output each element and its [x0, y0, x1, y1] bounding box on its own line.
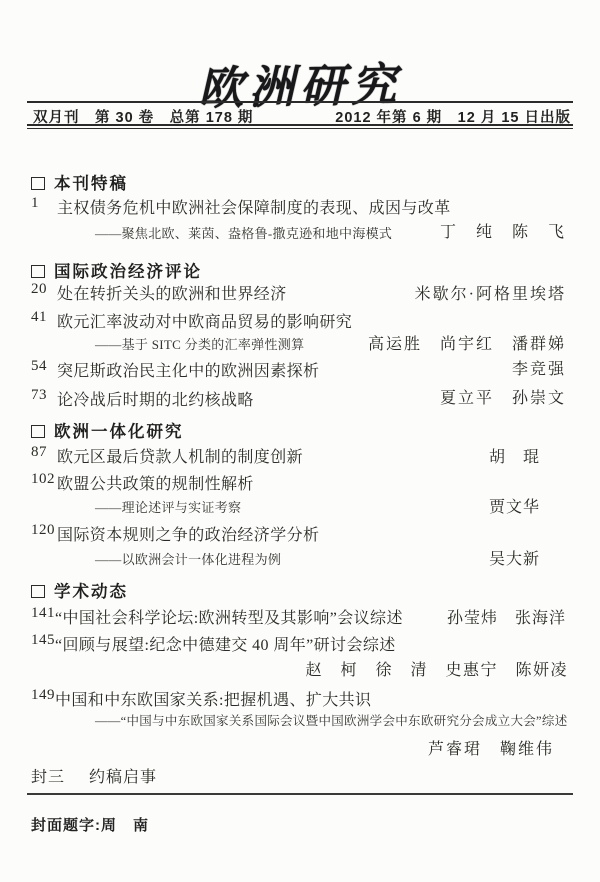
toc-subtitle-row: ——理论述评与实证考察 贾文华	[0, 497, 600, 521]
cover-credit-name: 周 南	[101, 817, 149, 834]
toc-subtitle-row: ——以欧洲会计一体化进程为例 吴大新	[0, 549, 600, 573]
section-header: 国际政治经济评论	[0, 258, 600, 282]
article-authors: 李竞强	[512, 356, 566, 379]
article-subtitle: ——“中国与中东欧国家关系国际会议暨中国欧洲学会中东欧研究分会成立大会”综述	[95, 711, 568, 729]
article-authors: 赵 柯 徐 清 史惠宁 陈妍凌	[305, 657, 568, 680]
toc-subtitle-row: ——聚焦北欧、莱茵、盎格鲁-撒克逊和地中海模式 丁 纯 陈 飞	[0, 223, 600, 247]
toc-subtitle-row: ——“中国与中东欧国家关系国际会议暨中国欧洲学会中东欧研究分会成立大会”综述	[0, 711, 600, 735]
issue-info-row: 双月刊 第 30 卷 总第 178 期 2012 年第 6 期 12 月 15 …	[27, 106, 573, 126]
toc-item-row: 73 论冷战后时期的北约核战略 夏立平 孙崇文	[0, 387, 600, 411]
back-cover-note-row: 封三约稿启事	[0, 764, 600, 788]
toc-item-row: 145 “回顾与展望:纪念中德建交 40 周年”研讨会综述	[0, 632, 600, 656]
article-authors: 夏立平 孙崇文	[440, 385, 566, 408]
page-number: 141	[31, 605, 55, 622]
article-title: 国际资本规则之争的政治经济学分析	[57, 522, 319, 545]
toc-authors-row: 赵 柯 徐 清 史惠宁 陈妍凌	[0, 657, 600, 681]
page-number: 20	[31, 281, 47, 298]
open-square-icon	[31, 177, 45, 190]
article-subtitle: ——以欧洲会计一体化进程为例	[95, 549, 281, 568]
open-square-icon	[31, 425, 45, 438]
toc-item-row: 120 国际资本规则之争的政治经济学分析	[0, 522, 600, 546]
toc-item-row: 41 欧元汇率波动对中欧商品贸易的影响研究	[0, 309, 600, 333]
article-authors: 贾文华	[489, 494, 540, 517]
toc-item-row: 141 “中国社会科学论坛:欧洲转型及其影响”会议综述 孙莹炜 张海洋	[0, 605, 600, 629]
section-label: 本刊特稿	[54, 175, 128, 193]
section-label: 国际政治经济评论	[54, 263, 202, 281]
header-rule-bottom	[27, 124, 573, 126]
article-title: 处在转折关头的欧洲和世界经济	[57, 281, 287, 304]
article-authors: 孙莹炜 张海洋	[447, 605, 566, 628]
open-square-icon	[31, 585, 45, 598]
article-subtitle: ——聚焦北欧、莱茵、盎格鲁-撒克逊和地中海模式	[95, 223, 392, 242]
page-number: 149	[31, 687, 55, 704]
header-rule-top	[27, 101, 573, 103]
section-label: 欧洲一体化研究	[54, 423, 184, 441]
toc-item-row: 20 处在转折关头的欧洲和世界经济 米歇尔·阿格里埃塔	[0, 281, 600, 305]
toc-item-row: 102 欧盟公共政策的规制性解析	[0, 471, 600, 495]
cover-credit: 封面题字:周 南	[31, 814, 149, 835]
page-number: 54	[31, 358, 47, 375]
article-subtitle: ——基于 SITC 分类的汇率弹性测算	[95, 334, 304, 353]
page-number: 120	[31, 522, 55, 539]
article-authors: 芦睿珺 鞠维伟	[428, 736, 554, 759]
cover-credit-label: 封面题字:	[31, 817, 101, 834]
section-label: 学术动态	[54, 583, 128, 601]
toc-subtitle-row: ——基于 SITC 分类的汇率弹性测算 高运胜 尚宇红 潘群娣	[0, 334, 600, 358]
back-note-title: 约稿启事	[89, 769, 157, 786]
article-title: 欧元区最后贷款人机制的制度创新	[57, 444, 303, 467]
back-page-label: 封三	[31, 769, 65, 786]
article-title: 欧元汇率波动对中欧商品贸易的影响研究	[57, 309, 352, 332]
article-title: “回顾与展望:纪念中德建交 40 周年”研讨会综述	[55, 632, 396, 655]
toc-item-row: 1 主权债务危机中欧洲社会保障制度的表现、成因与改革	[0, 195, 600, 219]
section-header: 学术动态	[0, 578, 600, 602]
article-title: 论冷战后时期的北约核战略	[57, 387, 254, 410]
article-title: “中国社会科学论坛:欧洲转型及其影响”会议综述	[55, 605, 403, 628]
article-title: 突尼斯政治民主化中的欧洲因素探析	[57, 358, 319, 381]
toc-authors-row: 芦睿珺 鞠维伟	[0, 736, 600, 760]
open-square-icon	[31, 265, 45, 278]
toc-item-row: 149 中国和中东欧国家关系:把握机遇、扩大共识	[0, 687, 600, 711]
page-number: 73	[31, 387, 47, 404]
article-authors: 吴大新	[489, 546, 540, 569]
section-header: 欧洲一体化研究	[0, 418, 600, 442]
article-title: 欧盟公共政策的规制性解析	[57, 471, 254, 494]
back-cover-note: 封三约稿启事	[31, 764, 157, 787]
page-number: 145	[31, 632, 55, 649]
page-number: 1	[31, 195, 39, 212]
page-number: 87	[31, 444, 47, 461]
page-number: 41	[31, 309, 47, 326]
article-title: 中国和中东欧国家关系:把握机遇、扩大共识	[55, 687, 371, 710]
page-number: 102	[31, 471, 55, 488]
article-title: 主权债务危机中欧洲社会保障制度的表现、成因与改革	[57, 195, 451, 218]
article-authors: 胡 琨	[489, 444, 540, 467]
footer-rule	[27, 793, 573, 795]
article-authors: 高运胜 尚宇红 潘群娣	[368, 331, 566, 354]
header-rule-bottom-2	[27, 128, 573, 129]
section-header: 本刊特稿	[0, 170, 600, 194]
article-subtitle: ——理论述评与实证考察	[95, 497, 241, 516]
toc-item-row: 87 欧元区最后贷款人机制的制度创新 胡 琨	[0, 444, 600, 468]
article-authors: 米歇尔·阿格里埃塔	[415, 281, 566, 304]
article-authors: 丁 纯 陈 飞	[440, 219, 566, 242]
toc-item-row: 54 突尼斯政治民主化中的欧洲因素探析 李竞强	[0, 358, 600, 382]
journal-toc-page: 欧洲研究 双月刊 第 30 卷 总第 178 期 2012 年第 6 期 12 …	[0, 0, 600, 882]
